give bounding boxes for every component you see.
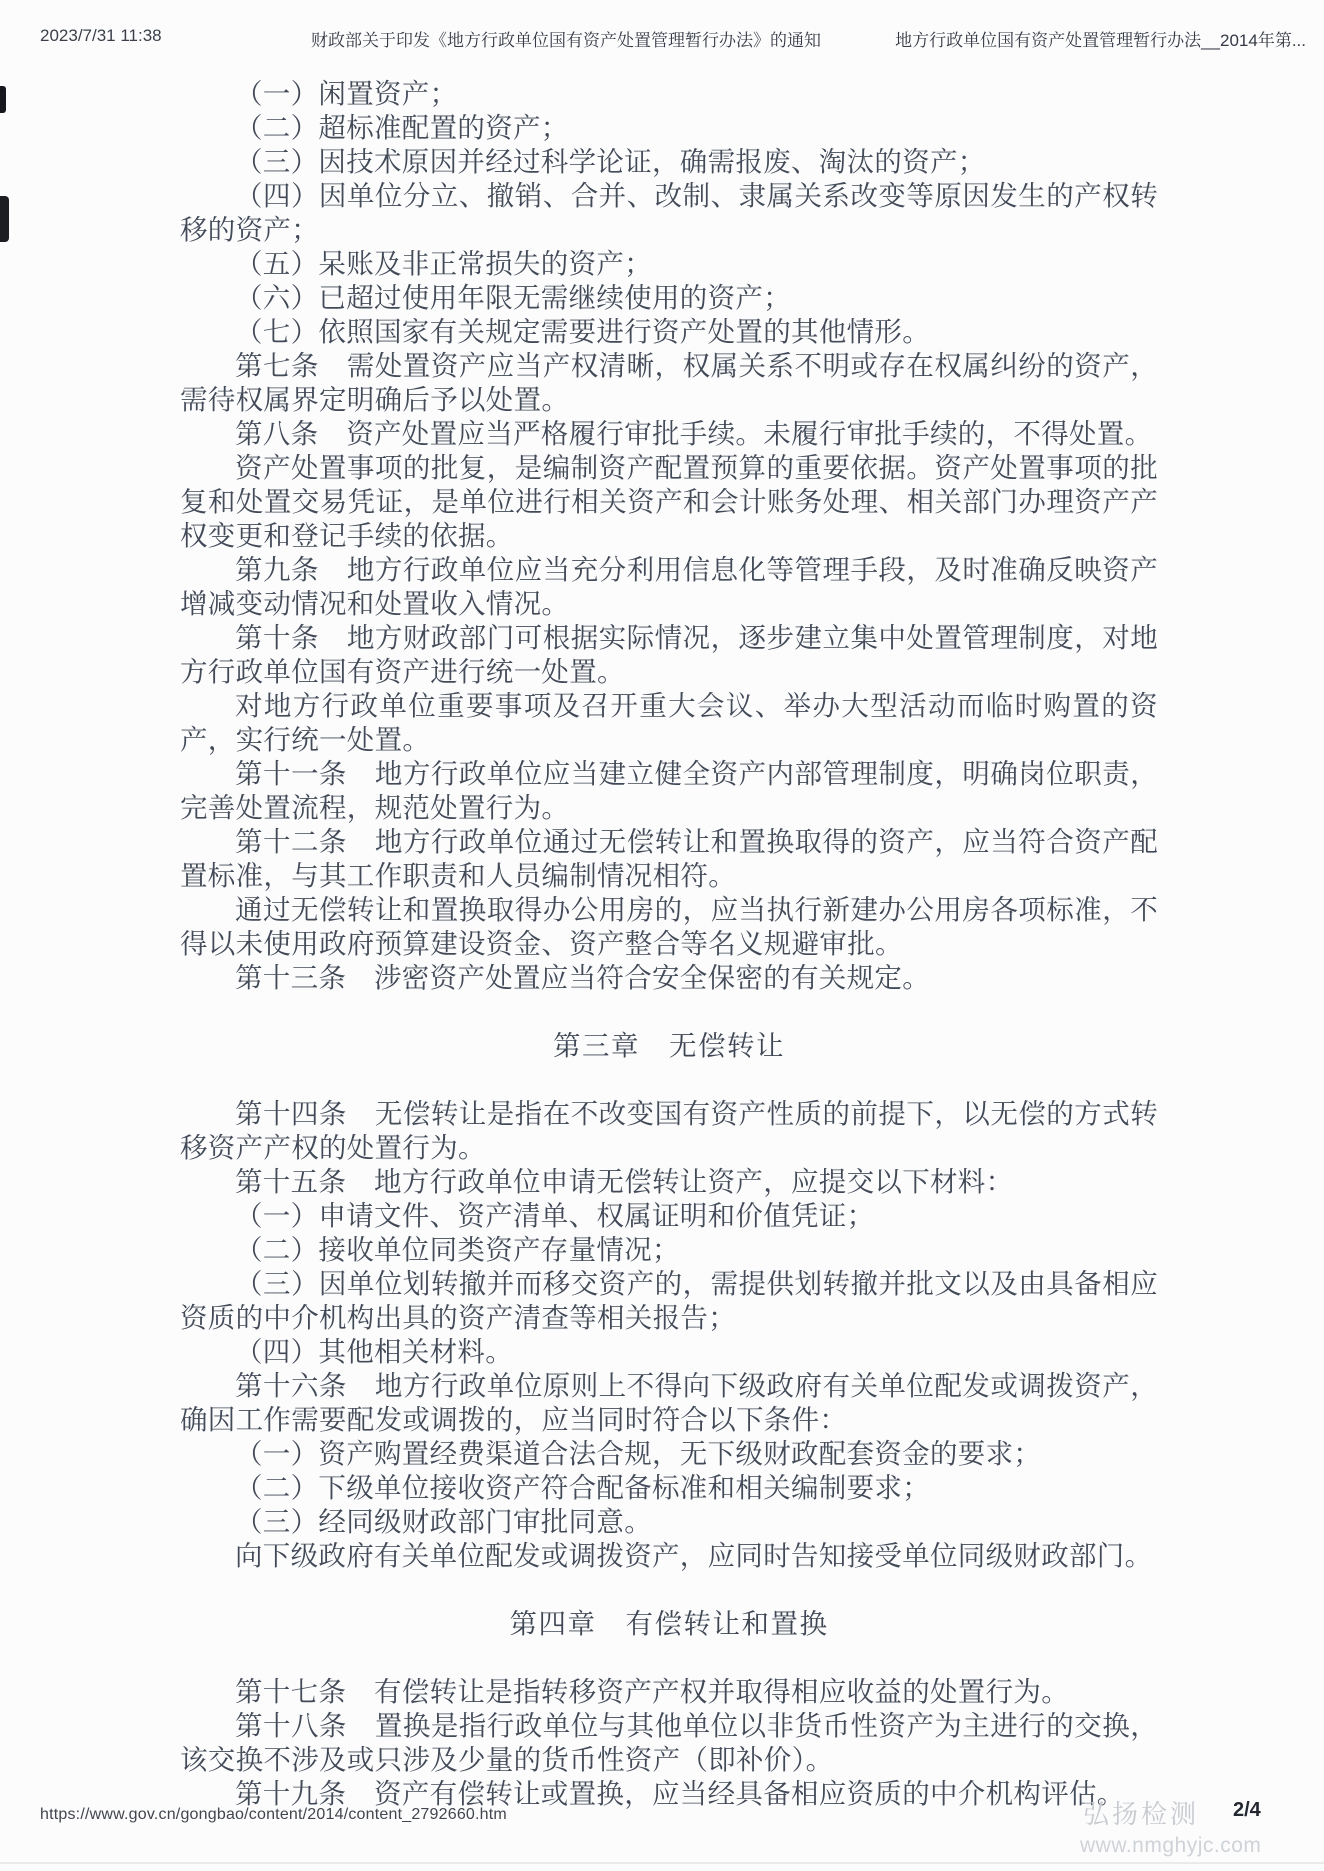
printed-document-page: 2023/7/31 11:38 财政部关于印发《地方行政单位国有资产处置管理暂行… (0, 0, 1324, 1871)
paragraph: 对地方行政单位重要事项及召开重大会议、举办大型活动而临时购置的资产，实行统一处置… (180, 689, 1158, 757)
paragraph: 通过无偿转让和置换取得办公用房的，应当执行新建办公用房各项标准，不得以未使用政府… (180, 893, 1158, 961)
paragraph: （一）资产购置经费渠道合法合规，无下级财政配套资金的要求； (180, 1437, 1158, 1471)
chapter-heading: 第四章 有偿转让和置换 (180, 1607, 1158, 1641)
watermark-website: www.nmghyjc.com (1080, 1834, 1261, 1858)
paragraph: 第九条 地方行政单位应当充分利用信息化等管理手段，及时准确反映资产增减变动情况和… (180, 553, 1158, 621)
paragraph: 第十八条 置换是指行政单位与其他单位以非货币性资产为主进行的交换，该交换不涉及或… (180, 1709, 1158, 1777)
paragraph: 向下级政府有关单位配发或调拨资产，应同时告知接受单位同级财政部门。 (180, 1539, 1158, 1573)
paragraph: 第十七条 有偿转让是指转移资产产权并取得相应收益的处置行为。 (180, 1675, 1158, 1709)
scan-edge-artifact (0, 86, 6, 113)
paragraph: 第十四条 无偿转让是指在不改变国有资产性质的前提下，以无偿的方式转移资产产权的处… (180, 1097, 1158, 1165)
scan-edge-artifact (0, 196, 9, 242)
chapter-heading: 第三章 无偿转让 (180, 1029, 1158, 1063)
paragraph: 第十三条 涉密资产处置应当符合安全保密的有关规定。 (180, 961, 1158, 995)
document-title: 财政部关于印发《地方行政单位国有资产处置管理暂行办法》的通知 (253, 26, 879, 51)
paragraph: （六）已超过使用年限无需继续使用的资产； (180, 281, 1158, 315)
paragraph: 第十条 地方财政部门可根据实际情况，逐步建立集中处置管理制度，对地方行政单位国有… (180, 621, 1158, 689)
paragraph: （七）依照国家有关规定需要进行资产处置的其他情形。 (180, 315, 1158, 349)
document-body: （一）闲置资产； （二）超标准配置的资产； （三）因技术原因并经过科学论证，确需… (180, 77, 1158, 1811)
paragraph: （五）呆账及非正常损失的资产； (180, 247, 1158, 281)
page-number: 2/4 (1233, 1799, 1261, 1822)
paragraph: 第八条 资产处置应当严格履行审批手续。未履行审批手续的，不得处置。 (180, 417, 1158, 451)
paragraph: （二）超标准配置的资产； (180, 111, 1158, 145)
paragraph: （四）因单位分立、撤销、合并、改制、隶属关系改变等原因发生的产权转移的资产； (180, 179, 1158, 247)
paragraph: 第七条 需处置资产应当产权清晰，权属关系不明或存在权属纠纷的资产，需待权属界定明… (180, 349, 1158, 417)
paragraph: （一）申请文件、资产清单、权属证明和价值凭证； (180, 1199, 1158, 1233)
paragraph: （二）下级单位接收资产符合配备标准和相关编制要求； (180, 1471, 1158, 1505)
paragraph: （四）其他相关材料。 (180, 1335, 1158, 1369)
watermark-text: 弘扬检测 (1083, 1794, 1199, 1831)
paragraph: 第十二条 地方行政单位通过无偿转让和置换取得的资产，应当符合资产配置标准，与其工… (180, 825, 1158, 893)
paragraph: 资产处置事项的批复，是编制资产配置预算的重要依据。资产处置事项的批复和处置交易凭… (180, 451, 1158, 553)
print-header: 2023/7/31 11:38 财政部关于印发《地方行政单位国有资产处置管理暂行… (0, 0, 1324, 51)
print-timestamp: 2023/7/31 11:38 (40, 26, 253, 46)
paragraph: （二）接收单位同类资产存量情况； (180, 1233, 1158, 1267)
paragraph: （一）闲置资产； (180, 77, 1158, 111)
paragraph: （三）经同级财政部门审批同意。 (180, 1505, 1158, 1539)
paragraph: 第十六条 地方行政单位原则上不得向下级政府有关单位配发或调拨资产，确因工作需要配… (180, 1369, 1158, 1437)
source-url: https://www.gov.cn/gongbao/content/2014/… (40, 1806, 507, 1824)
paragraph: （三）因单位划转撤并而移交资产的，需提供划转撤并批文以及由具备相应资质的中介机构… (180, 1267, 1158, 1335)
paragraph: 第十一条 地方行政单位应当建立健全资产内部管理制度，明确岗位职责，完善处置流程，… (180, 757, 1158, 825)
paragraph: 第十五条 地方行政单位申请无偿转让资产，应提交以下材料： (180, 1165, 1158, 1199)
document-title-truncated: 地方行政单位国有资产处置管理暂行办法__2014年第... (879, 26, 1306, 51)
paragraph: （三）因技术原因并经过科学论证，确需报废、淘汰的资产； (180, 145, 1158, 179)
page-bottom-divider (0, 1862, 1324, 1864)
